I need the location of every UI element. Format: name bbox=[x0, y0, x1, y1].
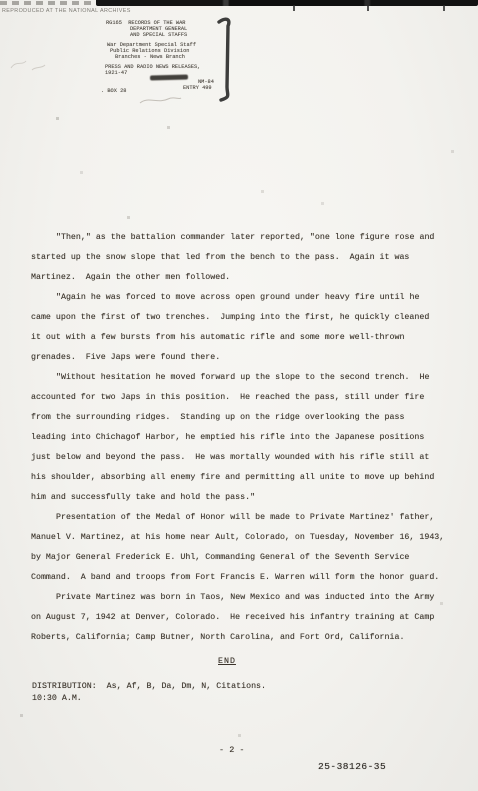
text-line: leading into Chichagof Harbor, he emptie… bbox=[31, 428, 461, 448]
text-line: Roberts, California; Camp Butner, North … bbox=[31, 628, 461, 648]
text-line: Private Martinez was born in Taos, New M… bbox=[31, 588, 461, 608]
scan-edge-bar bbox=[96, 0, 478, 6]
text-line: on August 7, 1942 at Denver, Colorado. H… bbox=[31, 608, 461, 628]
text-line: Command. A band and troops from Fort Fra… bbox=[31, 568, 461, 588]
text-line: from the surrounding ridges. Standing up… bbox=[31, 408, 461, 428]
text-line: Martinez. Again the other men followed. bbox=[31, 268, 461, 288]
text-line: grenades. Five Japs were found there. bbox=[31, 348, 461, 368]
paragraph: "Again he was forced to move across open… bbox=[31, 288, 461, 368]
text-line: by Major General Frederick E. Uhl, Comma… bbox=[31, 548, 461, 568]
faint-pencil-mark bbox=[8, 52, 48, 74]
distribution-block: DISTRIBUTION: As, Af, B, Da, Dm, N, Cita… bbox=[32, 681, 266, 704]
stamp-box-number: . BOX 28 bbox=[101, 88, 126, 94]
page-number: - 2 - bbox=[219, 745, 245, 755]
text-line: just below and beyond the pass. He was m… bbox=[31, 448, 461, 468]
scan-tick-mark bbox=[443, 5, 445, 11]
text-line: Presentation of the Medal of Honor will … bbox=[31, 508, 461, 528]
text-line: him and successfully take and hold the p… bbox=[31, 488, 461, 508]
scan-tick-mark bbox=[367, 5, 369, 11]
stamp-years: 1921-47 bbox=[105, 70, 127, 76]
text-line: "Again he was forced to move across open… bbox=[31, 288, 461, 308]
stamp-entry-number: ENTRY 499 bbox=[183, 85, 212, 91]
stamp-staffs: AND SPECIAL STAFFS bbox=[130, 32, 187, 38]
scan-tick-mark bbox=[293, 5, 295, 11]
document-body: "Then," as the battalion commander later… bbox=[31, 228, 461, 648]
text-line: it out with a few bursts from his automa… bbox=[31, 328, 461, 348]
scan-edge-dashes bbox=[0, 1, 98, 5]
record-group-stamp: RG165 RECORDS OF THE WAR DEPARTMENT GENE… bbox=[98, 13, 243, 99]
paragraph: "Without hesitation he moved forward up … bbox=[31, 368, 461, 508]
document-number: 25-38126-35 bbox=[318, 761, 386, 772]
text-line: came upon the first of two trenches. Jum… bbox=[31, 308, 461, 328]
text-line: his shoulder, absorbing all enemy fire a… bbox=[31, 468, 461, 488]
distribution-line: DISTRIBUTION: As, Af, B, Da, Dm, N, Cita… bbox=[32, 681, 266, 693]
paragraph: Private Martinez was born in Taos, New M… bbox=[31, 588, 461, 648]
text-line: Manuel V. Martinez, at his home near Aul… bbox=[31, 528, 461, 548]
paper-specks bbox=[0, 0, 1, 1]
stamp-branch: Branches - News Branch bbox=[115, 54, 185, 60]
text-line: "Then," as the battalion commander later… bbox=[31, 228, 461, 248]
text-line: accounted for two Japs in this position.… bbox=[31, 388, 461, 408]
stamp-right-bracket bbox=[216, 15, 236, 103]
faint-squiggle-mark bbox=[138, 94, 182, 106]
text-line: started up the snow slope that led from … bbox=[31, 248, 461, 268]
scanned-document-page: REPRODUCED AT THE NATIONAL ARCHIVES RG16… bbox=[0, 0, 478, 791]
paragraph: Presentation of the Medal of Honor will … bbox=[31, 508, 461, 588]
end-marker: END bbox=[218, 652, 236, 672]
crossed-out-smudge bbox=[150, 75, 188, 80]
paragraph: "Then," as the battalion commander later… bbox=[31, 228, 461, 288]
text-line: "Without hesitation he moved forward up … bbox=[31, 368, 461, 388]
release-time: 10:30 A.M. bbox=[32, 693, 266, 705]
